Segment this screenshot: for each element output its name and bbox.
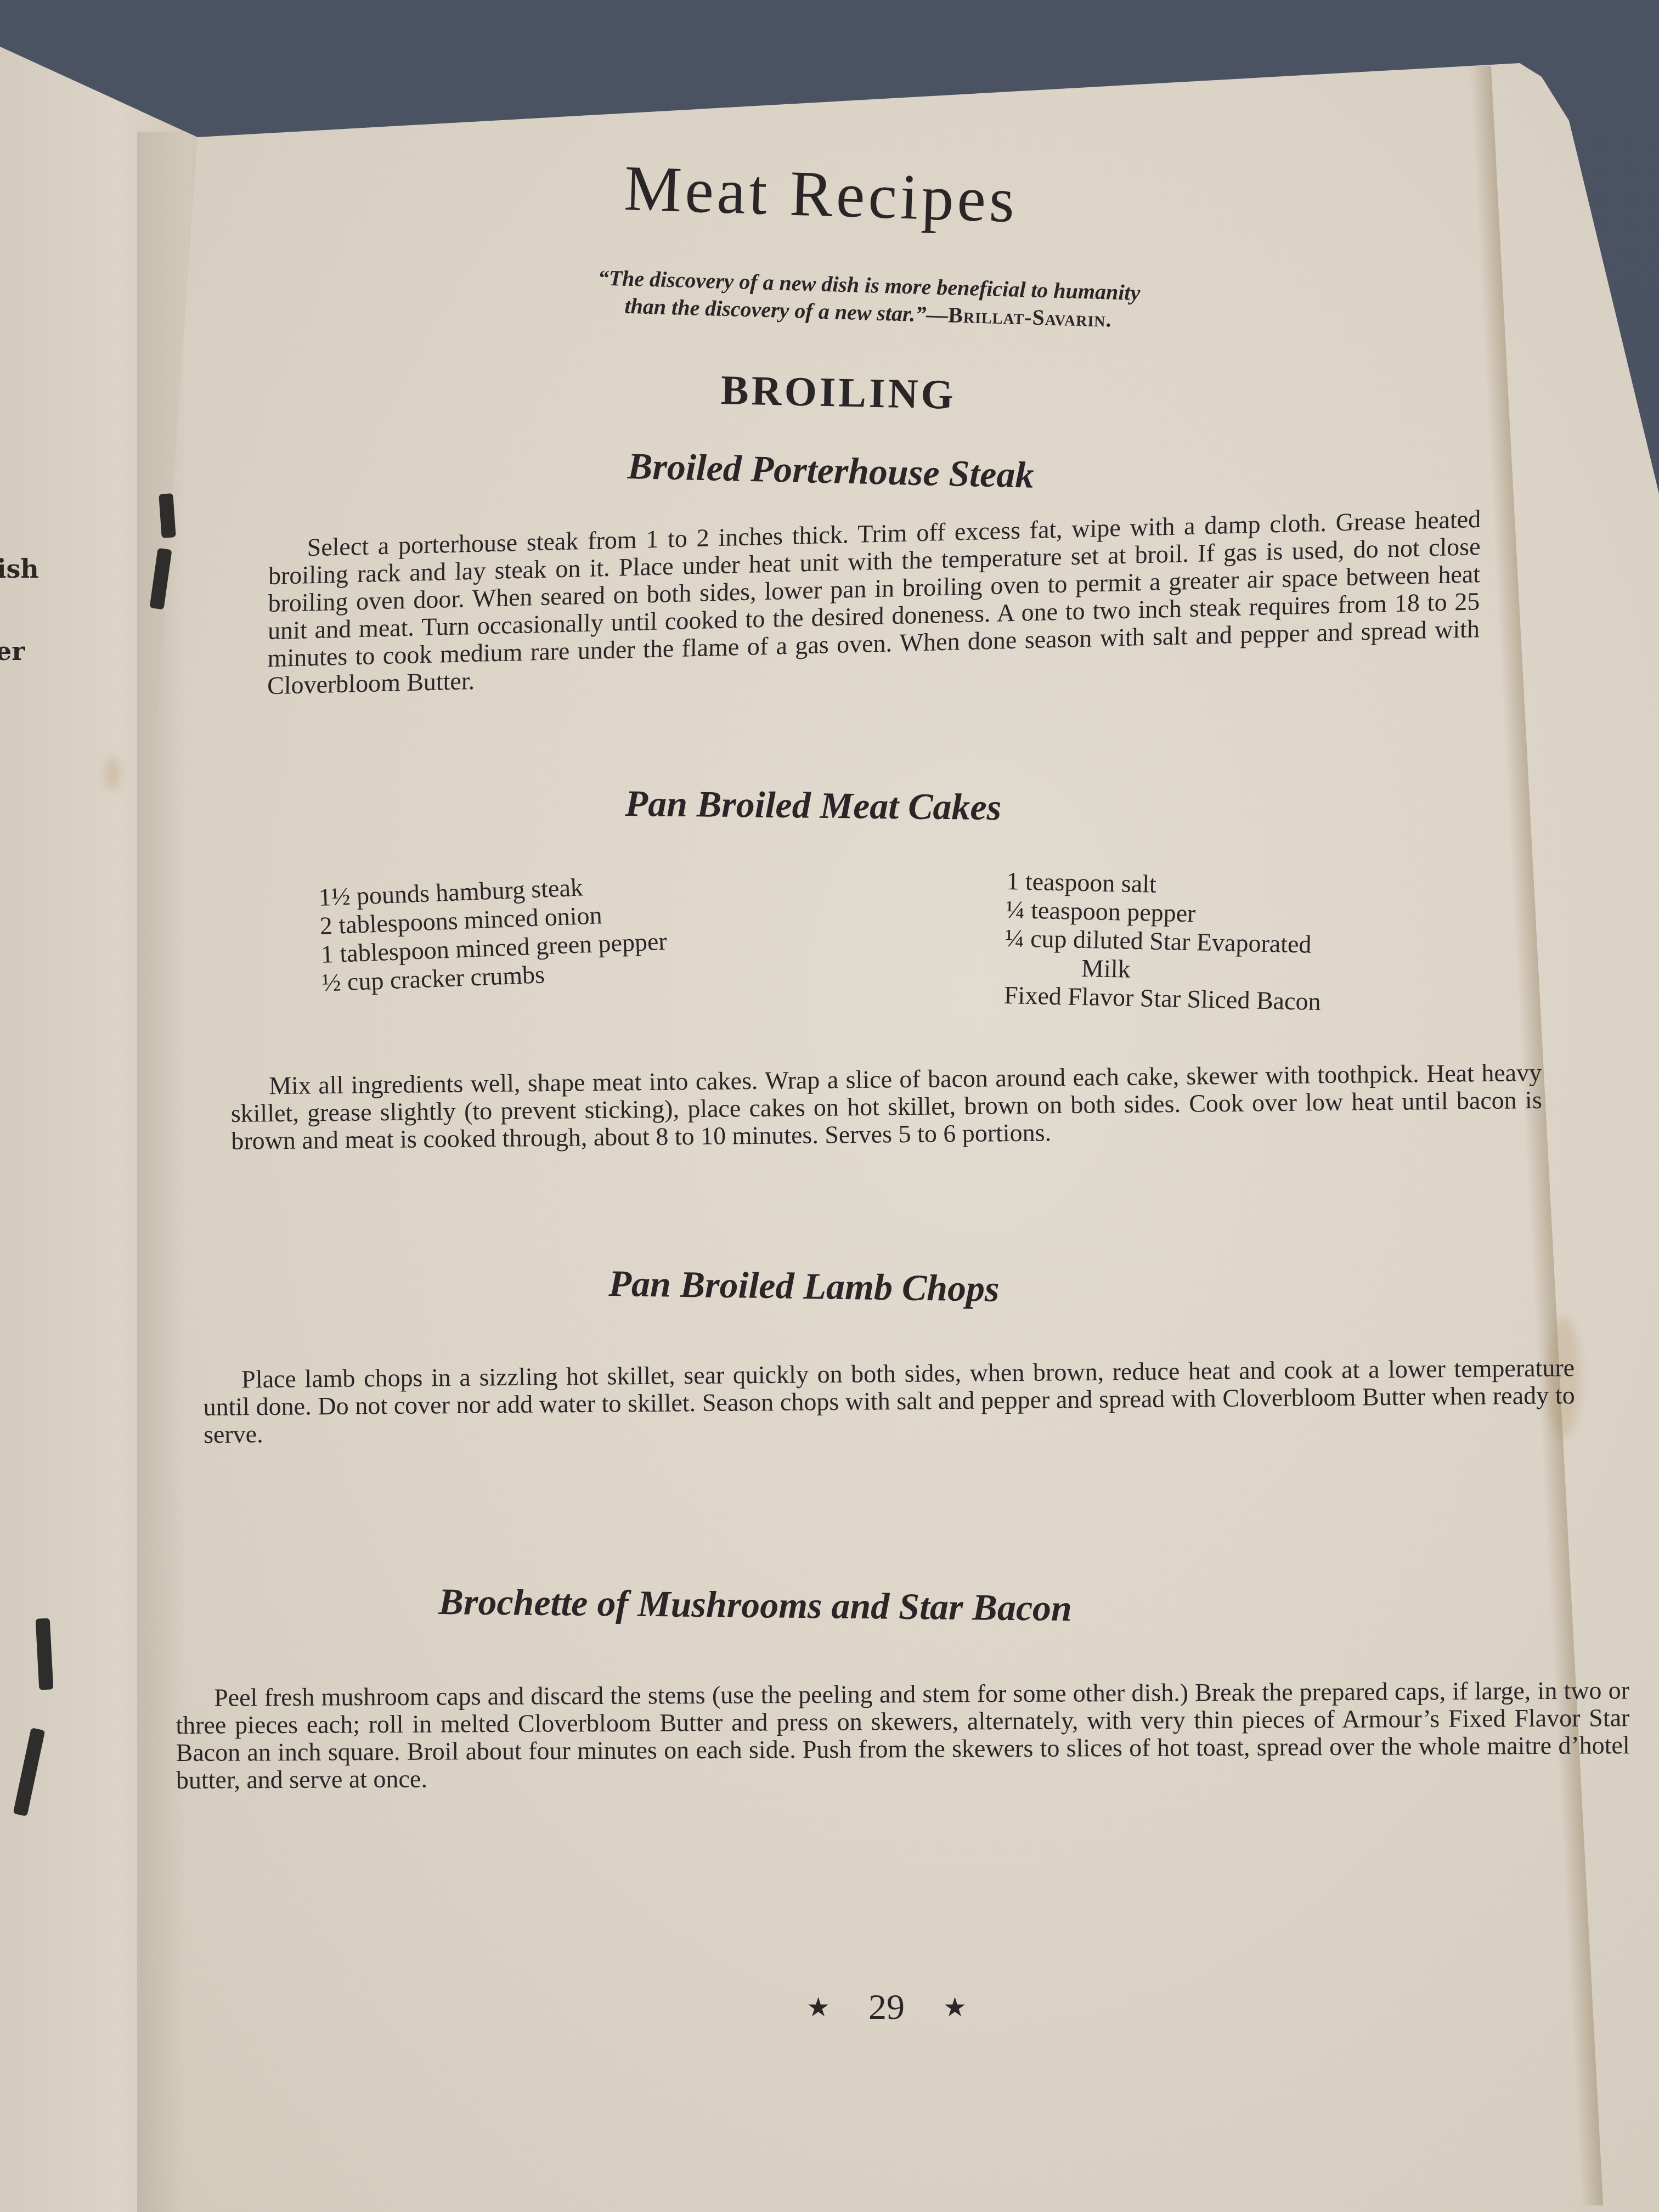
recipe-instructions: Select a porterhouse steak from 1 to 2 i… [267,505,1481,699]
recipe-instructions: Peel fresh mushroom caps and discard the… [176,1677,1630,1794]
ingredients-list-left: 1½ pounds hamburg steak 2 tablespoons mi… [318,870,669,997]
page-footer: ★29★ [806,1983,967,2028]
ingredient-item: Fixed Flavor Star Sliced Bacon [1004,981,1321,1016]
recipe-title: Brochette of Mushrooms and Star Bacon [438,1580,1072,1630]
recipe-instructions: Place lamb chops in a sizzling hot skill… [203,1354,1575,1448]
star-icon: ★ [943,1992,967,2023]
page-title: Meat Recipes [623,151,1019,238]
photo-scene: ish er Meat Recipes “The discovery of a … [0,0,1659,2212]
recipe-title: Broiled Porterhouse Steak [627,444,1034,497]
recipe-body-text: Peel fresh mushroom caps and discard the… [176,1676,1629,1794]
star-icon: ★ [806,1992,830,2023]
recipe-body-text: Mix all ingredients well, shape meat int… [231,1058,1542,1155]
quote-author: Brillat-Savarin. [948,302,1112,331]
ingredients-list-right: 1 teaspoon salt ¼ teaspoon pepper ¼ cup … [1004,867,1324,1016]
recipe-instructions: Mix all ingredients well, shape meat int… [230,1059,1542,1155]
recipe-body-text: Select a porterhouse steak from 1 to 2 i… [267,505,1481,699]
recipe-body-text: Place lamb chops in a sizzling hot skill… [203,1353,1575,1448]
indent [230,1094,269,1094]
epigraph-quote: “The discovery of a new dish is more ben… [470,261,1267,337]
recipe-title: Pan Broiled Lamb Chops [608,1262,1000,1311]
indent [269,556,307,557]
section-heading: BROILING [720,366,956,419]
page-content: Meat Recipes “The discovery of a new dis… [0,0,1659,2212]
page-number: 29 [868,1987,905,2027]
indent [203,1387,241,1388]
recipe-title: Pan Broiled Meat Cakes [625,782,1001,829]
